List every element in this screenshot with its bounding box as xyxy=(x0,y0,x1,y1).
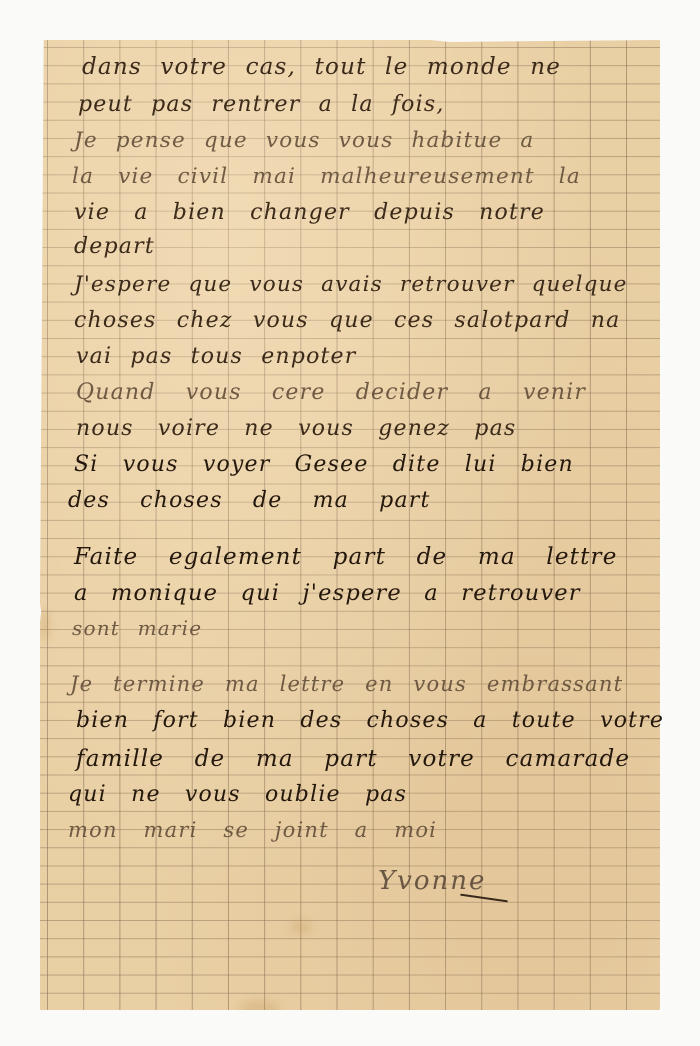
letter-line-3: Je pense que vous vous habitue a xyxy=(74,128,534,153)
letter-body: dans votre cas, tout le monde ne peut pa… xyxy=(40,40,660,1010)
letter-line-12: Si vous voyer Gesee dite lui bien xyxy=(74,452,574,477)
letter-line-6: depart xyxy=(74,234,155,259)
signature: Yvonne xyxy=(378,866,486,896)
letter-line-5: vie a bien changer depuis notre xyxy=(74,200,545,225)
letter-line-19: famille de ma part votre camarade xyxy=(76,746,630,772)
letter-line-7: J'espere que vous avais retrouver quelqu… xyxy=(74,272,628,297)
letter-line-1: dans votre cas, tout le monde ne xyxy=(82,54,561,80)
letter-line-2: peut pas rentrer a la fois, xyxy=(78,92,445,117)
letter-line-16: sont marie xyxy=(72,616,202,640)
document-page: dans votre cas, tout le monde ne peut pa… xyxy=(0,0,700,1046)
letter-line-4: la vie civil mai malheureusement la xyxy=(72,164,581,189)
letter-line-17: Je termine ma lettre en vous embrassant xyxy=(70,672,623,696)
letter-line-20: qui ne vous oublie pas xyxy=(68,782,407,807)
letter-line-21: mon mari se joint a moi xyxy=(68,818,437,842)
letter-line-18: bien fort bien des choses a toute votre xyxy=(76,708,664,733)
letter-line-13: des choses de ma part xyxy=(68,488,431,513)
letter-line-8: choses chez vous que ces salotpard na xyxy=(74,308,620,333)
letter-line-10: Quand vous cere decider a venir xyxy=(76,380,586,405)
letter-line-11: nous voire ne vous genez pas xyxy=(76,416,516,441)
letter-line-14: Faite egalement part de ma lettre xyxy=(74,544,618,570)
letter-line-15: a monique qui j'espere a retrouver xyxy=(74,580,581,606)
letter-line-9: vai pas tous enpoter xyxy=(76,344,357,369)
